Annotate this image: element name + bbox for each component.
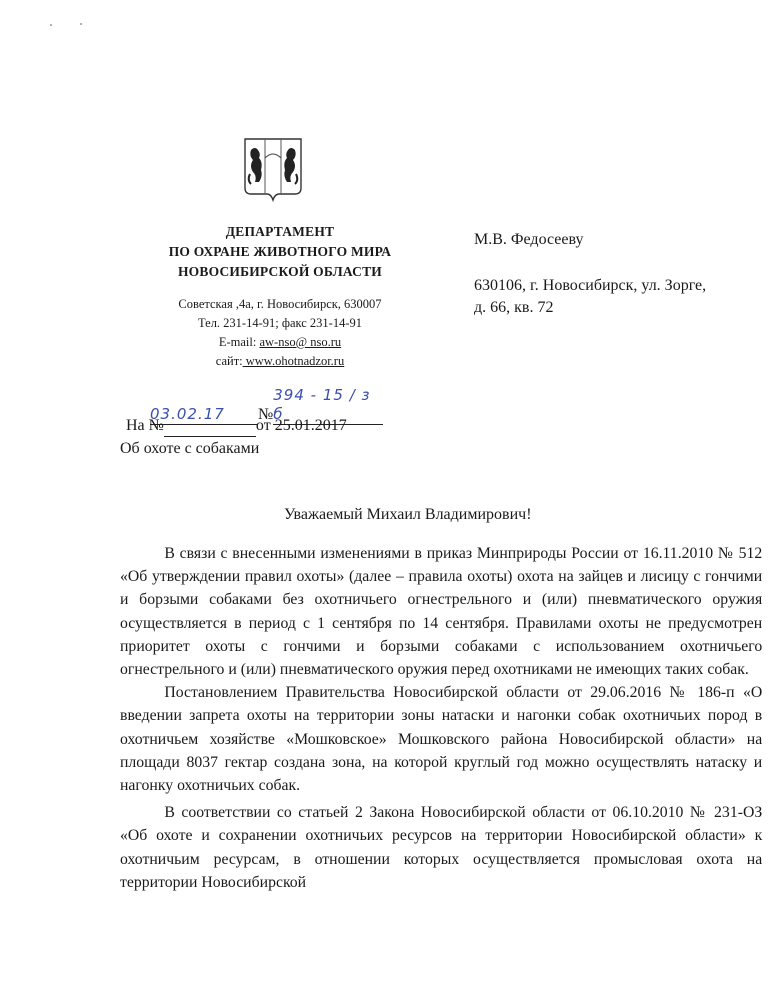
- department-site: сайт: www.ohotnadzor.ru: [120, 352, 440, 371]
- letter-greeting: Уважаемый Михаил Владимирович!: [284, 504, 532, 526]
- department-line: ДЕПАРТАМЕНТ: [120, 222, 440, 242]
- reply-date: от 25.01.2017: [256, 417, 347, 434]
- site-label: сайт:: [216, 354, 243, 368]
- department-title: ДЕПАРТАМЕНТ ПО ОХРАНЕ ЖИВОТНОГО МИРА НОВ…: [120, 222, 440, 282]
- email-label: E-mail:: [219, 335, 257, 349]
- reply-reference: На №от 25.01.2017: [126, 415, 347, 437]
- department-address: Советская ,4а, г. Новосибирск, 630007: [120, 295, 440, 314]
- outgoing-registration: 03.02.17 № 394 - 15 / з б: [150, 386, 430, 412]
- email-link[interactable]: aw-nso@ nso.ru: [259, 335, 341, 349]
- department-line: НОВОСИБИРСКОЙ ОБЛАСТИ: [120, 262, 440, 282]
- department-contacts: Советская ,4а, г. Новосибирск, 630007 Те…: [120, 295, 440, 371]
- scan-speck: [50, 24, 52, 26]
- recipient-address-line1: 630106, г. Новосибирск, ул. Зорге,: [474, 275, 706, 297]
- body-paragraph: В соответствии со статьей 2 Закона Новос…: [120, 801, 762, 894]
- reply-prefix: На №: [126, 417, 164, 434]
- letter-body: В связи с внесенными изменениями в прика…: [120, 542, 762, 894]
- body-paragraph: В связи с внесенными изменениями в прика…: [120, 542, 762, 681]
- department-phone: Тел. 231-14-91; факс 231-14-91: [120, 314, 440, 333]
- letter-subject: Об охоте с собаками: [120, 438, 259, 460]
- reply-number-blank: [164, 420, 256, 437]
- coat-of-arms-icon: [241, 136, 305, 206]
- body-paragraph: Постановлением Правительства Новосибирск…: [120, 681, 762, 797]
- department-line: ПО ОХРАНЕ ЖИВОТНОГО МИРА: [120, 242, 440, 262]
- scan-speck: [80, 23, 82, 25]
- site-link[interactable]: www.ohotnadzor.ru: [243, 354, 345, 368]
- recipient-name: М.В. Федосееву: [474, 229, 706, 251]
- recipient-address-line2: д. 66, кв. 72: [474, 297, 706, 319]
- department-email: E-mail: aw-nso@ nso.ru: [120, 333, 440, 352]
- recipient-block: М.В. Федосееву 630106, г. Новосибирск, у…: [474, 229, 706, 319]
